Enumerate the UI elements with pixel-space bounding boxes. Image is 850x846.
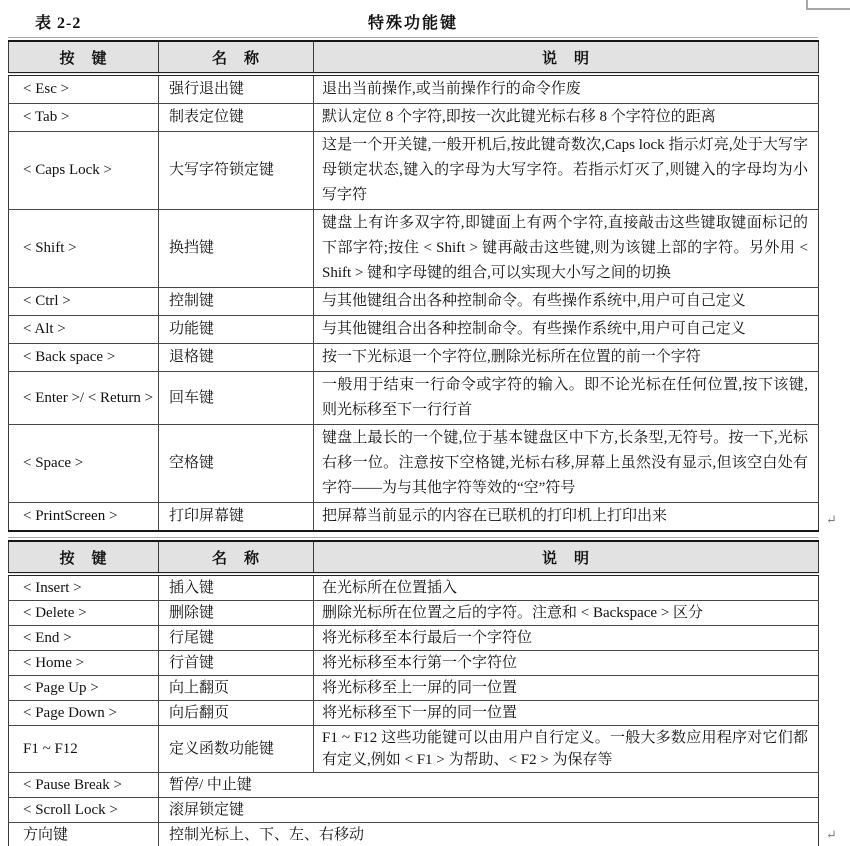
name-cell: 强行退出键 [159,74,314,104]
special-keys-table-2: 按 键 名 称 说 明 < Insert >插入键在光标所在位置插入< Dele… [8,540,819,846]
desc-cell: 一般用于结束一行命令或字符的输入。即不论光标在任何位置,按下该键,则光标移至下一… [314,372,819,425]
name-cell: 空格键 [159,425,314,503]
column-header-name: 名 称 [159,41,314,74]
table-row: < PrintScreen >打印屏幕键把屏幕当前显示的内容在已联机的打印机上打… [9,503,819,532]
key-cell: < Home > [9,651,159,676]
table-row: < Page Up >向上翻页将光标移至上一屏的同一位置 [9,676,819,701]
table-row: < Esc >强行退出键退出当前操作,或当前操作行的命令作废 [9,74,819,104]
desc-cell: 把屏幕当前显示的内容在已联机的打印机上打印出来 [314,503,819,532]
paragraph-mark-icon: ↵ [826,513,837,526]
name-cell: 行首键 [159,651,314,676]
key-cell: < Insert > [9,574,159,601]
table-row: < Scroll Lock >滚屏锁定键 [9,798,819,823]
table-header: 按 键 名 称 说 明 [9,541,819,574]
special-keys-table-1: 按 键 名 称 说 明 < Esc >强行退出键退出当前操作,或当前操作行的命令… [8,40,819,532]
table-row: < End >行尾键将光标移至本行最后一个字符位 [9,626,819,651]
name-cell: 制表定位键 [159,104,314,132]
name-cell: 回车键 [159,372,314,425]
name-cell: 控制光标上、下、左、右移动 [159,823,819,846]
table-row: < Shift >换挡键键盘上有许多双字符,即键面上有两个字符,直接敲击这些键取… [9,210,819,288]
table-body: < Insert >插入键在光标所在位置插入< Delete >删除键删除光标所… [9,574,819,846]
desc-cell: 这是一个开关键,一般开机后,按此键奇数次,Caps lock 指示灯亮,处于大写… [314,132,819,210]
document-page: { "page": { "title_label": "表 2-2", "tit… [0,0,850,846]
key-cell: < Esc > [9,74,159,104]
key-cell: < Delete > [9,601,159,626]
desc-cell: F1 ~ F12 这些功能键可以由用户自行定义。一般大多数应用程序对它们都有定义… [314,726,819,773]
name-cell: 行尾键 [159,626,314,651]
desc-cell: 与其他键组合出各种控制命令。有些操作系统中,用户可自己定义 [314,316,819,344]
key-cell: < Page Up > [9,676,159,701]
table-row: < Back space >退格键按一下光标退一个字符位,删除光标所在位置的前一… [9,344,819,372]
desc-cell: 将光标移至本行第一个字符位 [314,651,819,676]
table-row: < Tab >制表定位键默认定位 8 个字符,即按一次此键光标右移 8 个字符位… [9,104,819,132]
name-cell: 向上翻页 [159,676,314,701]
key-cell: < Shift > [9,210,159,288]
table-row: < Alt >功能键与其他键组合出各种控制命令。有些操作系统中,用户可自己定义 [9,316,819,344]
table-row: < Ctrl >控制键与其他键组合出各种控制命令。有些操作系统中,用户可自己定义 [9,288,819,316]
column-header-desc: 说 明 [314,541,819,574]
key-cell: 方向键 [9,823,159,846]
desc-cell: 将光标移至上一屏的同一位置 [314,676,819,701]
key-cell: < Alt > [9,316,159,344]
header-row: 按 键 名 称 说 明 [9,541,819,574]
column-header-name: 名 称 [159,541,314,574]
table-header: 按 键 名 称 说 明 [9,41,819,74]
special-keys-table-1-wrapper: 按 键 名 称 说 明 < Esc >强行退出键退出当前操作,或当前操作行的命令… [8,37,818,532]
table-caption-band: 表 2-2 特殊功能键 [8,8,818,36]
name-cell: 打印屏幕键 [159,503,314,532]
desc-cell: 与其他键组合出各种控制命令。有些操作系统中,用户可自己定义 [314,288,819,316]
desc-cell: 键盘上有许多双字符,即键面上有两个字符,直接敲击这些键取键面标记的下部字符;按住… [314,210,819,288]
desc-cell: 将光标移至本行最后一个字符位 [314,626,819,651]
key-cell: < Ctrl > [9,288,159,316]
name-cell: 暂停/ 中止键 [159,773,819,798]
desc-cell: 删除光标所在位置之后的字符。注意和 < Backspace > 区分 [314,601,819,626]
table-row: F1 ~ F12定义函数功能键F1 ~ F12 这些功能键可以由用户自行定义。一… [9,726,819,773]
table-row: < Delete >删除键删除光标所在位置之后的字符。注意和 < Backspa… [9,601,819,626]
name-cell: 换挡键 [159,210,314,288]
name-cell: 定义函数功能键 [159,726,314,773]
name-cell: 大写字符锁定键 [159,132,314,210]
name-cell: 向后翻页 [159,701,314,726]
column-header-desc: 说 明 [314,41,819,74]
key-cell: < PrintScreen > [9,503,159,532]
table-title: 特殊功能键 [8,10,818,33]
column-header-key: 按 键 [9,541,159,574]
desc-cell: 退出当前操作,或当前操作行的命令作废 [314,74,819,104]
key-cell: < Scroll Lock > [9,798,159,823]
desc-cell: 键盘上最长的一个键,位于基本键盘区中下方,长条型,无符号。按一下,光标右移一位。… [314,425,819,503]
table-row: < Pause Break >暂停/ 中止键 [9,773,819,798]
key-cell: < Tab > [9,104,159,132]
name-cell: 退格键 [159,344,314,372]
header-row: 按 键 名 称 说 明 [9,41,819,74]
key-cell: < Page Down > [9,701,159,726]
table-row: < Insert >插入键在光标所在位置插入 [9,574,819,601]
name-cell: 删除键 [159,601,314,626]
key-cell: < Caps Lock > [9,132,159,210]
table-body: < Esc >强行退出键退出当前操作,或当前操作行的命令作废< Tab >制表定… [9,74,819,531]
key-cell: < Pause Break > [9,773,159,798]
desc-cell: 按一下光标退一个字符位,删除光标所在位置的前一个字符 [314,344,819,372]
paragraph-mark-icon: ↵ [826,828,837,841]
table-row: < Caps Lock >大写字符锁定键这是一个开关键,一般开机后,按此键奇数次… [9,132,819,210]
table-row: < Space >空格键键盘上最长的一个键,位于基本键盘区中下方,长条型,无符号… [9,425,819,503]
special-keys-table-2-wrapper: 按 键 名 称 说 明 < Insert >插入键在光标所在位置插入< Dele… [8,537,818,846]
column-header-key: 按 键 [9,41,159,74]
key-cell: F1 ~ F12 [9,726,159,773]
table-row: < Enter >/ < Return >回车键一般用于结束一行命令或字符的输入… [9,372,819,425]
key-cell: < End > [9,626,159,651]
key-cell: < Space > [9,425,159,503]
desc-cell: 将光标移至下一屏的同一位置 [314,701,819,726]
key-cell: < Enter >/ < Return > [9,372,159,425]
desc-cell: 在光标所在位置插入 [314,574,819,601]
desc-cell: 默认定位 8 个字符,即按一次此键光标右移 8 个字符位的距离 [314,104,819,132]
table-row: < Page Down >向后翻页将光标移至下一屏的同一位置 [9,701,819,726]
name-cell: 插入键 [159,574,314,601]
name-cell: 滚屏锁定键 [159,798,819,823]
table-row: 方向键控制光标上、下、左、右移动 [9,823,819,846]
name-cell: 功能键 [159,316,314,344]
key-cell: < Back space > [9,344,159,372]
name-cell: 控制键 [159,288,314,316]
table-row: < Home >行首键将光标移至本行第一个字符位 [9,651,819,676]
